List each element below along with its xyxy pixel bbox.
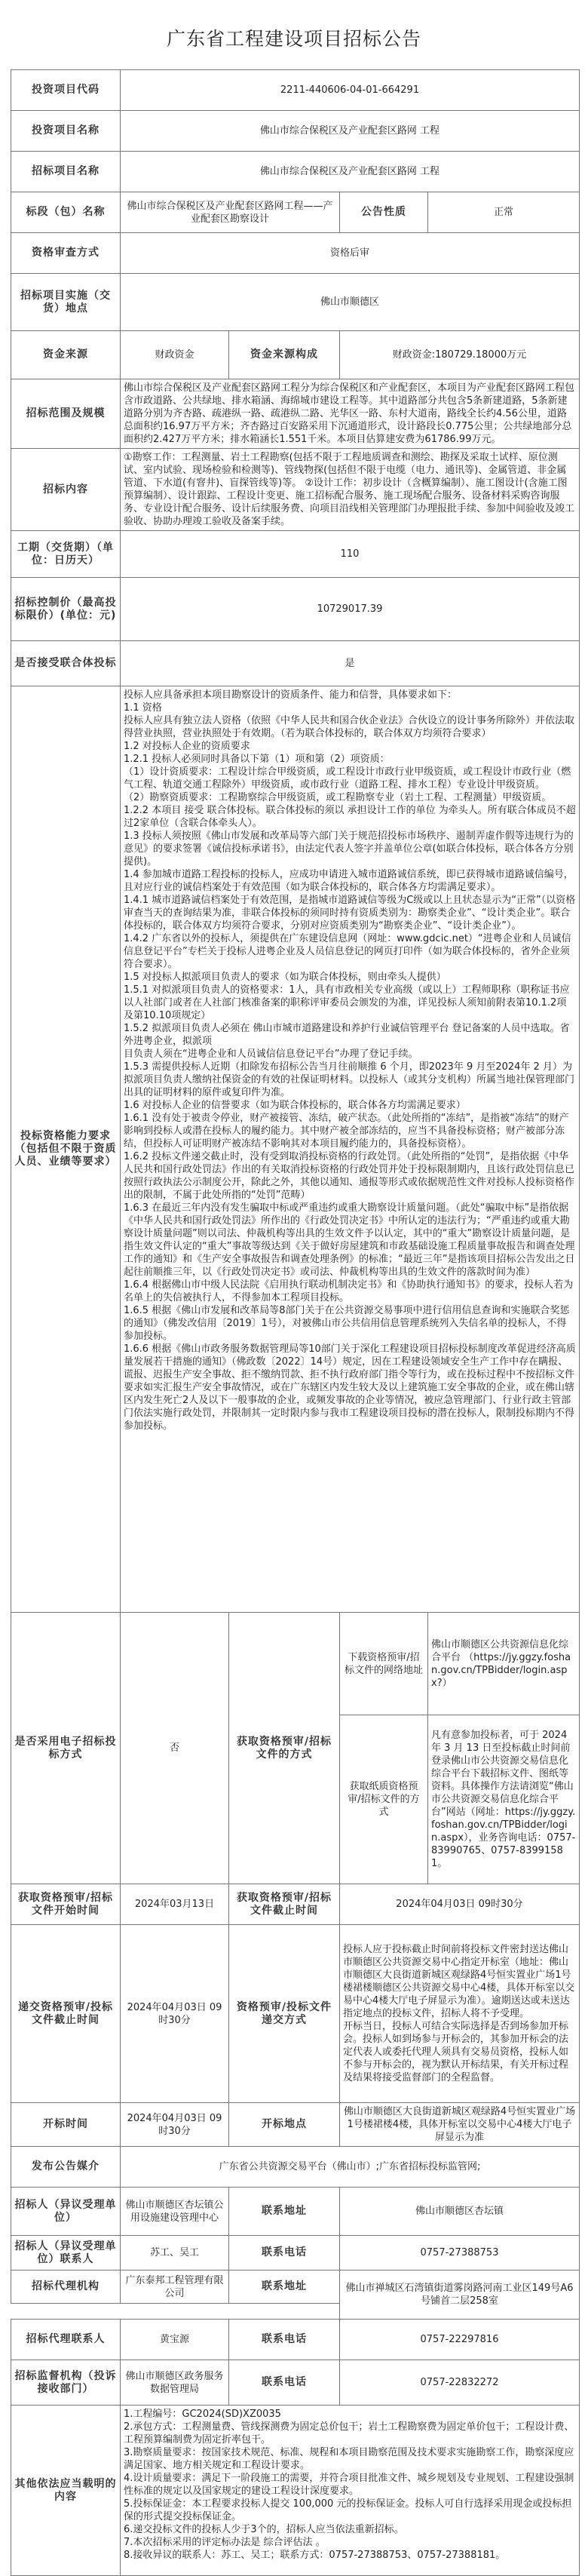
field-label: 招标代理机构 [11,2271,121,2304]
requirement-paragraph: （2）勘察资质要求：工程勘察综合甲级资质，或工程勘察专业（岩土工程、工程测量）甲… [124,791,576,804]
requirement-paragraph: 1.6.3 在最近三年内没有发生骗取中标或严重违约或重大勘察设计质量问题。（此处… [124,1202,576,1279]
field-label: 联系电话 [229,2236,340,2271]
field-label: 获取资格预审/招标文件开始时间 [11,1884,121,1925]
requirement-paragraph: 1.4 参加城市道路工程投标的投标人，应成功申请进入城市道路诚信系统，即已获得城… [124,868,576,894]
requirement-paragraph: 1.6.4 根据佛山市中级人民法院《启用执行联动机制决定书》和《协助执行通知书》… [124,1279,576,1304]
submission-method-value: 投标人应于投标截止时间前将投标文件密封送达佛山市顺德区公共资源交易中心指定开标室… [340,1925,580,2103]
requirement-paragraph: 1.6 对投标人企业的信誉要求（如为联合体投标的，联合体各方均需满足要求） [124,1099,576,1112]
requirement-paragraph: （1）设计资质要求：工程设计综合甲级资质，或工程设计市政行业甲级资质，或工程设计… [124,766,576,791]
field-label: 投资项目名称 [11,111,121,152]
other-item: 7.本次招标采用的评定标办法是 综合评估法 。 [124,2536,576,2549]
other-item: 2.承包方式：工程测量费、管线探测费为固定总价包干；岩土工程勘察费为固定单价包干… [124,2421,576,2446]
row-scope: 招标范围及规模 佛山市综合保税区及产业配套区路网工程分为综合保税区和产业配套区，… [11,379,580,449]
field-label: 资金来源构成 [229,331,340,379]
row-tenderer: 招标人（异议受理单位） 佛山市顺德区杏坛镇公用设施建设管理中心 联系地址 佛山市… [11,2188,580,2236]
requirement-paragraph: 1.5.1 对拟派项目负责人的资格要求：1人，具有市政相关专业高级（或以上）工程… [124,984,576,1022]
requirement-paragraph: 1.2.1 投标人必须同时具备以下第（1）项和第（2）项资质： [124,753,576,766]
requirement-paragraph: 投标人应具有独立法人资格（依照《中华人民共和国合伙企业法》合伙设立的设计事务所除… [124,714,576,740]
other-item: 6.递交投标文件的投标人少于3个的，招标人应当依法重新招标。 [124,2523,576,2536]
control-price-value: 10729017.39 [121,578,580,641]
tenderer-value: 佛山市顺德区杏坛镇公用设施建设管理中心 [121,2188,229,2236]
other-item: 3.勘察质量要求：按国家技术规范、标准、规程和本项目勘察范围及技术要求实施勘察工… [124,2446,576,2472]
row-project-code: 投资项目代码 2211-440606-04-01-664291 [11,70,580,111]
row-electronic-download: 是否采用电子招标投标方式 否 获取资格预审/招标文件的方式 下载资格预审/招标文… [11,1613,580,1715]
spacer [11,2304,340,2320]
row-qualification-review: 资格审查方式 资格后审 [11,233,580,274]
project-name-value: 佛山市综合保税区及产业配套区路网 工程 [121,111,580,152]
requirement-paragraph: 1.6.5 根据《佛山市发展和改革局等8部门关于在公共资源交易事项中进行信用信息… [124,1304,576,1343]
field-label: 获取资格预审/招标文件的方式 [229,1613,340,1884]
doc-start-value: 2024年03月13日 [121,1884,229,1925]
field-label: 其他依法应当载明的内容 [11,2406,121,2576]
field-label: 招标项目名称 [11,152,121,192]
row-section-name: 标段（包）名称 佛山市综合保税区及产业配套区路网工程——产业配套区勘察设计 公告… [11,192,580,233]
row-other: 其他依法应当载明的内容 1.工程编号：GC2024(SD)XZ0035 2.承包… [11,2406,580,2576]
tenderer-address-value: 佛山市顺德区杏坛镇 [340,2188,580,2236]
field-label: 联系地址 [229,2188,340,2236]
field-label: 递交资格预审/投标文件截止时间 [11,1925,121,2103]
field-label: 开标时间 [11,2103,121,2147]
submission-method-paragraph: 投标人应于投标截止时间前将投标文件密封送达佛山市顺德区公共资源交易中心指定开标室… [343,1943,576,2020]
row-requirements: 投标资格能力要求（包括但不限于资质人员、业绩等要求） 投标人应具备承担本项目勘察… [11,686,580,1613]
requirement-paragraph: 投标人应具备承担本项目勘察设计的资质条件、能力和信誉，具体要求如下： [124,689,576,702]
project-code-value: 2211-440606-04-01-664291 [121,70,580,111]
requirement-paragraph: 1.5 对投标人拟派项目负责人的要求（如为联合体投标，则由牵头人提供） [124,971,576,984]
tenderer-phone-value: 0757-27388753 [340,2236,580,2271]
field-label: 资格审查方式 [11,233,121,274]
field-label: 招标人（异议受理单位） [11,2188,121,2236]
opening-place-value: 佛山市顺德区大良街道新城区观绿路4号恒实置业广场1号楼裙楼4楼，具体开标室以交易… [340,2103,580,2147]
field-label: 招标人（异议受理单位）联系人 [11,2236,121,2271]
requirement-paragraph: 1.6.6 根据《佛山市政务服务数据管理局等10部门关于深化工程建设项目招标投标… [124,1343,576,1432]
row-location: 招标项目实施（交货）地点 佛山市顺德区 [11,274,580,331]
electronic-value: 否 [121,1613,229,1884]
paper-method-label: 获取纸质资格预审/招标文件的方式 [340,1715,428,1884]
field-label: 招标控制价（最高投标限价）(单位：元) [11,578,121,641]
download-address-label: 下载资格预审/招标文件的网络地址 [340,1613,428,1715]
agency-contact-value: 黄宝源 [121,2320,229,2360]
submission-deadline-value: 2024年04月03日 09时30分 [121,1925,229,2103]
requirements-value: 投标人应具备承担本项目勘察设计的资质条件、能力和信誉，具体要求如下： 1.1 资… [121,686,580,1613]
supervisor-phone-value: 0757-22832272 [340,2360,580,2406]
tender-notice-table: 投资项目代码 2211-440606-04-01-664291 投资项目名称 佛… [11,69,580,2576]
field-label: 公告性质 [340,192,428,233]
funding-composition-value: 财政资金:180729.18000万元 [340,331,580,379]
requirement-paragraph: 1.3 投标人须按照《佛山市发展和改革局等六部门关于规范招投标市场秩序、遏制弄虚… [124,830,576,868]
row-content: 招标内容 ①勘察工作：工程测量、岩土工程勘察(包括不限于工程地质调查和测绘、勘探… [11,449,580,531]
field-label: 招标范围及规模 [11,379,121,449]
agency-phone-value: 0757-22297816 [340,2320,580,2360]
supervisor-value: 佛山市顺德区政务服务数据管理局 [121,2360,229,2406]
row-agency: 招标代理机构 广东泰邦工程管理有限公司 联系地址 佛山市禅城区石湾镇街道雾岗路河… [11,2271,580,2304]
field-label: 标段（包）名称 [11,192,121,233]
field-label: 招标内容 [11,449,121,531]
notice-nature-value: 正常 [428,192,580,233]
field-label: 是否采用电子招标投标方式 [11,1613,121,1884]
duration-value: 110 [121,531,580,578]
row-opening: 开标时间 2024年04月03日 09时30分 开标地点 佛山市顺德区大良街道新… [11,2103,580,2147]
tender-project-name-value: 佛山市综合保税区及产业配套区路网 工程 [121,152,580,192]
tenderer-contact-value: 苏工、吴工 [121,2236,229,2271]
doc-end-value: 2024年04月03日 09时30分 [340,1884,580,1925]
opening-time-value: 2024年04月03日 09时30分 [121,2103,229,2147]
other-item: 5.投标保证金：本工程要求投标人提交 100,000 元的投标保证金。投标人可自… [124,2498,576,2523]
row-doc-period: 获取资格预审/招标文件开始时间 2024年03月13日 获取资格预审/招标文件截… [11,1884,580,1925]
field-label: 联系地址 [229,2271,340,2304]
paper-method-value: 凡有意参加投标者，可于 2024 年 3 月 13 日至投标截止时间前登录佛山市… [428,1715,580,1884]
field-label: 资格预审/投标文件递交方式 [229,1925,340,2103]
field-label: 资金来源 [11,331,121,379]
field-label: 联系电话 [229,2360,340,2406]
qualification-review-value: 资格后审 [121,233,580,274]
requirement-paragraph: 1.6.1 没有处于被责令停业，财产被接管、冻结，破产状态。（此处所指的“冻结”… [124,1112,576,1150]
content-value: ①勘察工作：工程测量、岩土工程勘察(包括不限于工程地质调查和测绘、勘探及采取土试… [121,449,580,531]
funding-value: 财政资金 [121,331,229,379]
field-label: 发布公告媒介 [11,2147,121,2188]
other-item: 1.工程编号：GC2024(SD)XZ0035 [124,2408,576,2421]
row-tenderer-contact: 招标人（异议受理单位）联系人 苏工、吴工 联系电话 0757-27388753 [11,2236,580,2271]
row-control-price: 招标控制价（最高投标限价）(单位：元) 10729017.39 [11,578,580,641]
requirement-paragraph: 1.4.1 城市道路诚信档案处于有效范围，是指城市道路诚信等级为C级或以上且状态… [124,894,576,932]
field-label: 工期（交货期）（单位：日历天） [11,531,121,578]
field-label: 招标项目实施（交货）地点 [11,274,121,331]
consortium-value: 是 [121,641,580,686]
requirement-paragraph: 1.5.3 需提供投标人近期（扣除发布招标公告当月往前顺推 6 个月，即2023… [124,1061,576,1099]
row-submission: 递交资格预审/投标文件截止时间 2024年04月03日 09时30分 资格预审/… [11,1925,580,2103]
agency-value: 广东泰邦工程管理有限公司 [121,2271,229,2304]
requirement-paragraph: 目负责人须在“进粤企业和人员诚信信息登记平台”办理了登记手续。 [124,1048,576,1061]
row-duration: 工期（交货期）（单位：日历天） 110 [11,531,580,578]
scope-value: 佛山市综合保税区及产业配套区路网工程分为综合保税区和产业配套区，本项目为产业配套… [121,379,580,449]
row-media: 发布公告媒介 广东省公共资源交易平台（佛山市）;广东省招标投标监管网; [11,2147,580,2188]
requirement-paragraph: 1.2.2 本项目 接受 联合体投标。联合体投标的须以 承担设计工作的单位 为牵… [124,804,576,830]
row-consortium: 是否接受联合体投标 是 [11,641,580,686]
row-tender-project-name: 招标项目名称 佛山市综合保税区及产业配套区路网 工程 [11,152,580,192]
section-name-value: 佛山市综合保税区及产业配套区路网工程——产业配套区勘察设计 [121,192,340,233]
row-agency-contact: 招标代理联系人 黄宝源 联系电话 0757-22297816 [11,2320,580,2360]
page-title: 广东省工程建设项目招标公告 [0,0,588,69]
media-value: 广东省公共资源交易平台（佛山市）;广东省招标投标监管网; [121,2147,580,2188]
agency-address-value: 佛山市禅城区石湾镇街道雾岗路河南工业区149号A6号铺首二层258室 [340,2271,580,2320]
field-label: 获取资格预审/招标文件截止时间 [229,1884,340,1925]
field-label: 是否接受联合体投标 [11,641,121,686]
other-item: 4.设计质量要求：满足下一阶段施工的需要，并符合项目批准文件、城乡规划及专业规划… [124,2472,576,2498]
row-project-name: 投资项目名称 佛山市综合保税区及产业配套区路网 工程 [11,111,580,152]
row-supervisor: 招标监督机构（投诉接收部门） 佛山市顺德区政务服务数据管理局 联系电话 0757… [11,2360,580,2406]
requirement-paragraph: 1.4.2 广东省以外的投标人，须提供在广东建设信息网（网址：www.gdcic… [124,932,576,971]
requirement-paragraph: 1.5.2 拟派项目负责人必须在 佛山市城市道路建设和养护行业诚信管理平台 登记… [124,1022,576,1048]
location-value: 佛山市顺德区 [121,274,580,331]
other-value: 1.工程编号：GC2024(SD)XZ0035 2.承包方式：工程测量费、管线探… [121,2406,580,2576]
submission-method-paragraph: 开标当日，投标人可结合实际选择是否到场参加开标会。投标人如到场参与开标会的，其参… [343,2020,576,2084]
other-item: 8.接收异议的联系人：苏工、吴工；联系方式：0757-27388753、0757… [124,2549,576,2562]
requirement-paragraph: 1.1 资格 [124,702,576,714]
field-label: 联系电话 [229,2320,340,2360]
field-label: 投资项目代码 [11,70,121,111]
requirement-paragraph: 1.6.2 投标文件递交截止时，没有受到取消投标资格的行政处罚。（此处所指的“处… [124,1150,576,1202]
requirement-paragraph: 1.2 对投标人企业的资质要求 [124,740,576,753]
row-funding: 资金来源 财政资金 资金来源构成 财政资金:180729.18000万元 [11,331,580,379]
field-label: 开标地点 [229,2103,340,2147]
field-label: 招标监督机构（投诉接收部门） [11,2360,121,2406]
download-address-value[interactable]: 佛山市顺德区公共资源信息化综合平台 （https://jy.ggzy.fosha… [428,1613,580,1715]
field-label: 招标代理联系人 [11,2320,121,2360]
field-label: 投标资格能力要求（包括但不限于资质人员、业绩等要求） [11,686,121,1613]
